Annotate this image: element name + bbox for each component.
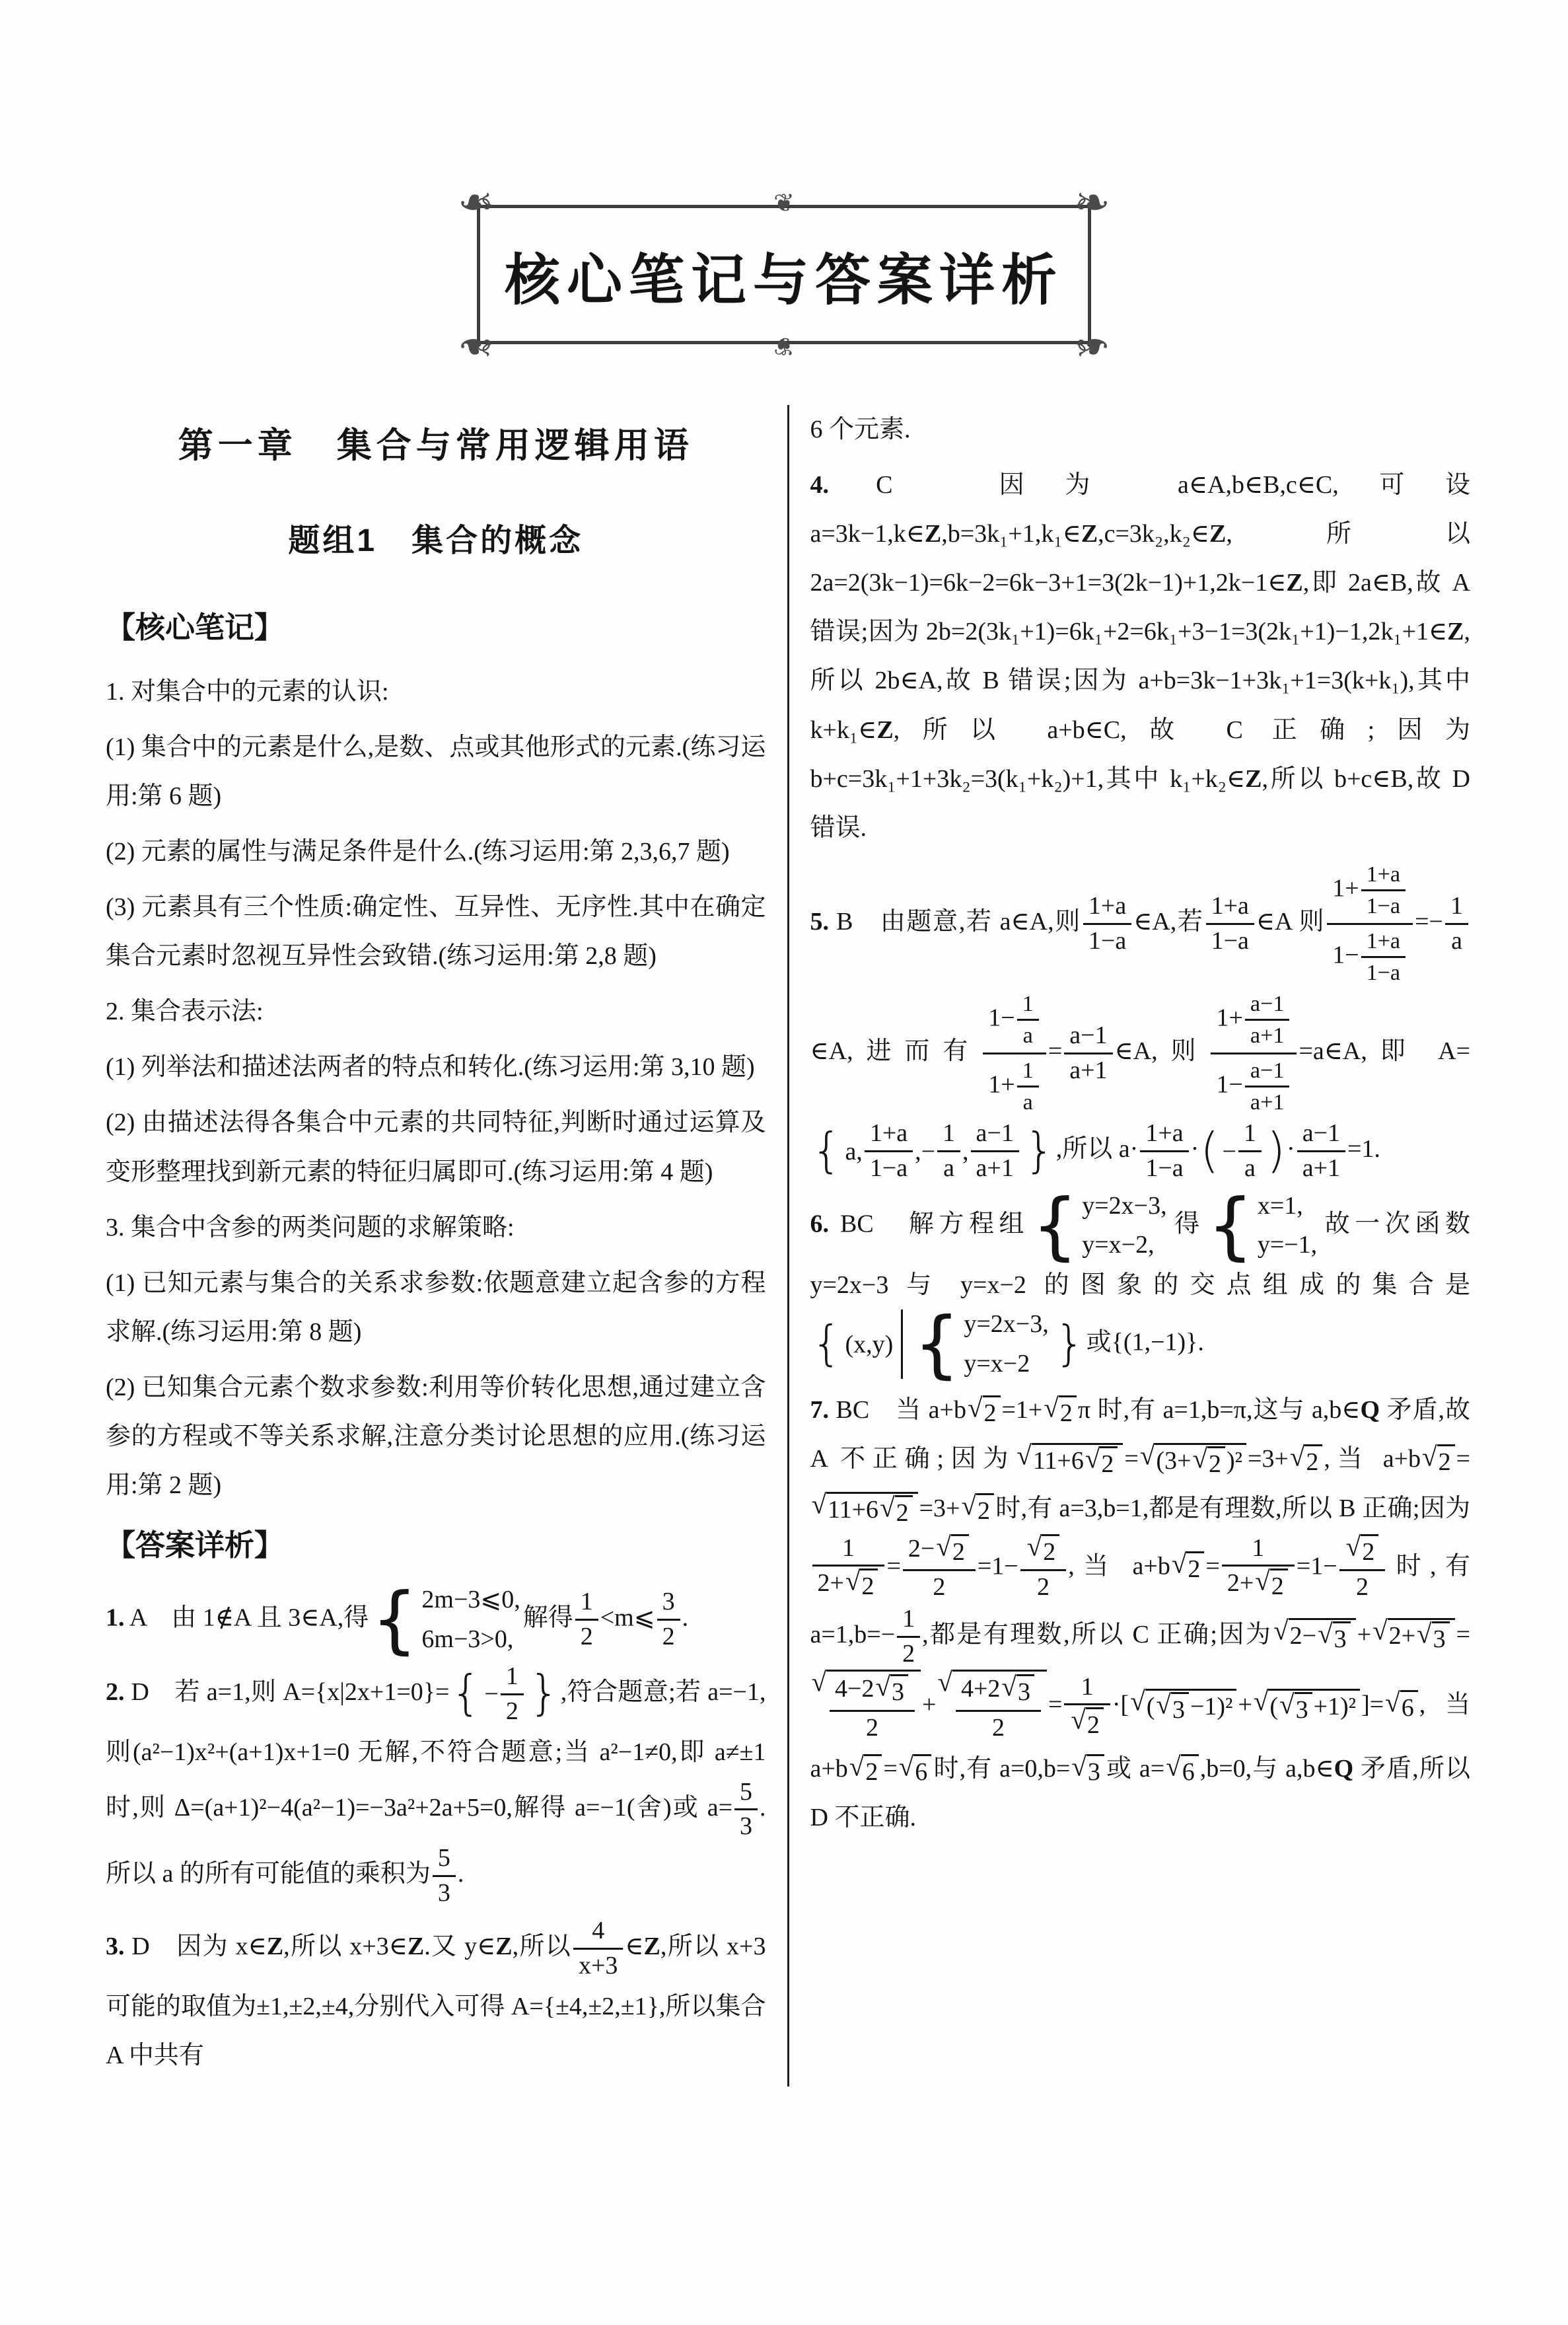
note-paragraph: (1) 列举法和描述法两者的特点和转化.(练习运用:第 3,10 题) [106,1043,766,1091]
note-paragraph: 3. 集合中含参的两类问题的求解策略: [106,1203,766,1252]
core-notes-list: 1. 对集合中的元素的认识:(1) 集合中的元素是什么,是数、点或其他形式的元素… [106,667,766,1510]
page-title: 核心笔记与答案详析 [487,236,1081,316]
corner-flourish-icon: ❧ [1074,182,1110,225]
title-frame: ❧ ❧ ❧ ❧ ❦ ❦ 核心笔记与答案详析 [477,205,1091,344]
note-paragraph: 2. 集合表示法: [106,987,766,1036]
note-paragraph: (3) 元素具有三个性质:确定性、互异性、无序性.其中在确定集合元素时忽视互异性… [106,883,766,980]
answer-paragraph: 5. B 由题意,若 a∈A,则1+a1−a∈A,若1+a1−a∈A 则1+1+… [810,859,1471,1185]
answer-paragraph: 1. A 由 1∉A 且 3∈A,得{2m−3⩽0,6m−3>0,解得12<m⩽… [106,1585,766,1654]
note-paragraph: (1) 已知元素与集合的关系求参数:依题意建立起含参的方程求解.(练习运用:第 … [106,1259,766,1356]
edge-ornament-icon: ❦ [773,333,795,358]
answer-paragraph: 3. D 因为 x∈Z,所以 x+3∈Z.又 y∈Z,所以4x+3∈Z,所以 x… [106,1915,766,2080]
note-paragraph: (2) 由描述法得各集合中元素的共同特征,判断时通过运算及变形整理找到新元素的特… [106,1098,766,1196]
answers-list-right: 6 个元素.4. C 因为 a∈A,b∈B,c∈C,可设 a=3k−1,k∈Z,… [810,405,1471,1842]
answer-paragraph: 6 个元素. [810,405,1471,454]
problem-group-heading: 题组1 集合的概念 [106,510,766,572]
content-columns: 第一章 集合与常用逻辑用语 题组1 集合的概念 【核心笔记】 1. 对集合中的元… [106,405,1470,2086]
corner-flourish-icon: ❧ [1074,324,1110,367]
corner-flourish-icon: ❧ [458,182,494,225]
answer-paragraph: 2. D 若 a=1,则 A={x|2x+1=0}={−12},符合题意;若 a… [106,1661,766,1909]
left-column: 第一章 集合与常用逻辑用语 题组1 集合的概念 【核心笔记】 1. 对集合中的元… [106,405,787,2086]
workbook-page: ❧ ❧ ❧ ❧ ❦ ❦ 核心笔记与答案详析 第一章 集合与常用逻辑用语 题组1 … [0,0,1568,2325]
answer-paragraph: 4. C 因为 a∈A,b∈B,c∈C,可设 a=3k−1,k∈Z,b=3k₁+… [810,461,1471,852]
core-notes-label: 【核心笔记】 [106,599,766,657]
note-paragraph: (2) 已知集合元素个数求参数:利用等价转化思想,通过建立含参的方程或不等关系求… [106,1363,766,1510]
note-paragraph: (2) 元素的属性与满足条件是什么.(练习运用:第 2,3,6,7 题) [106,827,766,876]
answers-list-left: 1. A 由 1∉A 且 3∈A,得{2m−3⩽0,6m−3>0,解得12<m⩽… [106,1585,766,2080]
note-paragraph: (1) 集合中的元素是什么,是数、点或其他形式的元素.(练习运用:第 6 题) [106,723,766,821]
note-paragraph: 1. 对集合中的元素的认识: [106,667,766,716]
corner-flourish-icon: ❧ [458,324,494,367]
right-column: 6 个元素.4. C 因为 a∈A,b∈B,c∈C,可设 a=3k−1,k∈Z,… [789,405,1471,2086]
chapter-heading: 第一章 集合与常用逻辑用语 [106,412,766,480]
answer-paragraph: 6. BC 解方程组{y=2x−3,y=x−2,得{x=1,y=−1,故一次函数… [810,1191,1471,1379]
answer-paragraph: 7. BC 当 a+b√2=1+√2π 时,有 a=1,b=π,这与 a,b∈Q… [810,1385,1471,1841]
edge-ornament-icon: ❦ [773,191,795,216]
answer-analysis-label: 【答案详析】 [106,1516,766,1574]
